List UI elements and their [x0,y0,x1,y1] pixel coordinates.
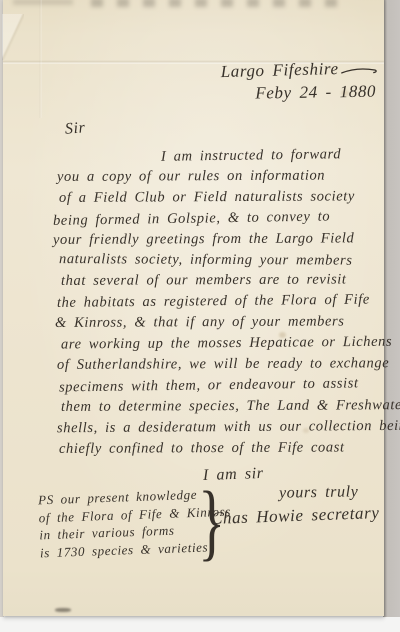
body-line: your friendly greetings from the Largo F… [53,228,400,251]
scanned-letter-photo: Largo Fifeshire Feby 24 - 1880 Sir I am … [0,0,400,632]
dateline-date: Feby 24 - 1880 [255,82,379,104]
flourish-icon [341,66,379,77]
body-line: shells, is a desideratum with us our col… [57,416,400,439]
body-line: are working up the mosses Hepaticae or L… [61,332,400,356]
salutation: Sir [64,119,86,138]
postscript-brace: } [198,482,225,560]
letter-body: I am instructed to forward you a copy of… [51,145,400,459]
closing-line-2: yours truly [279,483,359,502]
body-line: you a copy of our rules on information [57,165,400,188]
body-line: them to determine species, The Land & Fr… [61,395,400,418]
signature: Chas Howie secretary [211,503,380,529]
letter-sheet: Largo Fifeshire Feby 24 - 1880 Sir I am … [3,0,384,616]
ink-bleedthrough-top [91,0,341,7]
corner-fold [2,14,24,60]
body-line: I am instructed to forward [161,143,400,167]
dateline: Largo Fifeshire Feby 24 - 1880 [220,58,379,105]
body-line: naturalists society, informing your memb… [59,249,400,272]
fold-crease-vertical [39,0,42,118]
dateline-place: Largo Fifeshire [220,59,338,82]
ink-speck [55,608,71,612]
ink-bleedthrough-top-left [13,0,73,5]
body-line: chiefly confined to those of the Fife co… [59,437,400,460]
body-line: & Kinross, & that if any of your members [55,311,400,334]
